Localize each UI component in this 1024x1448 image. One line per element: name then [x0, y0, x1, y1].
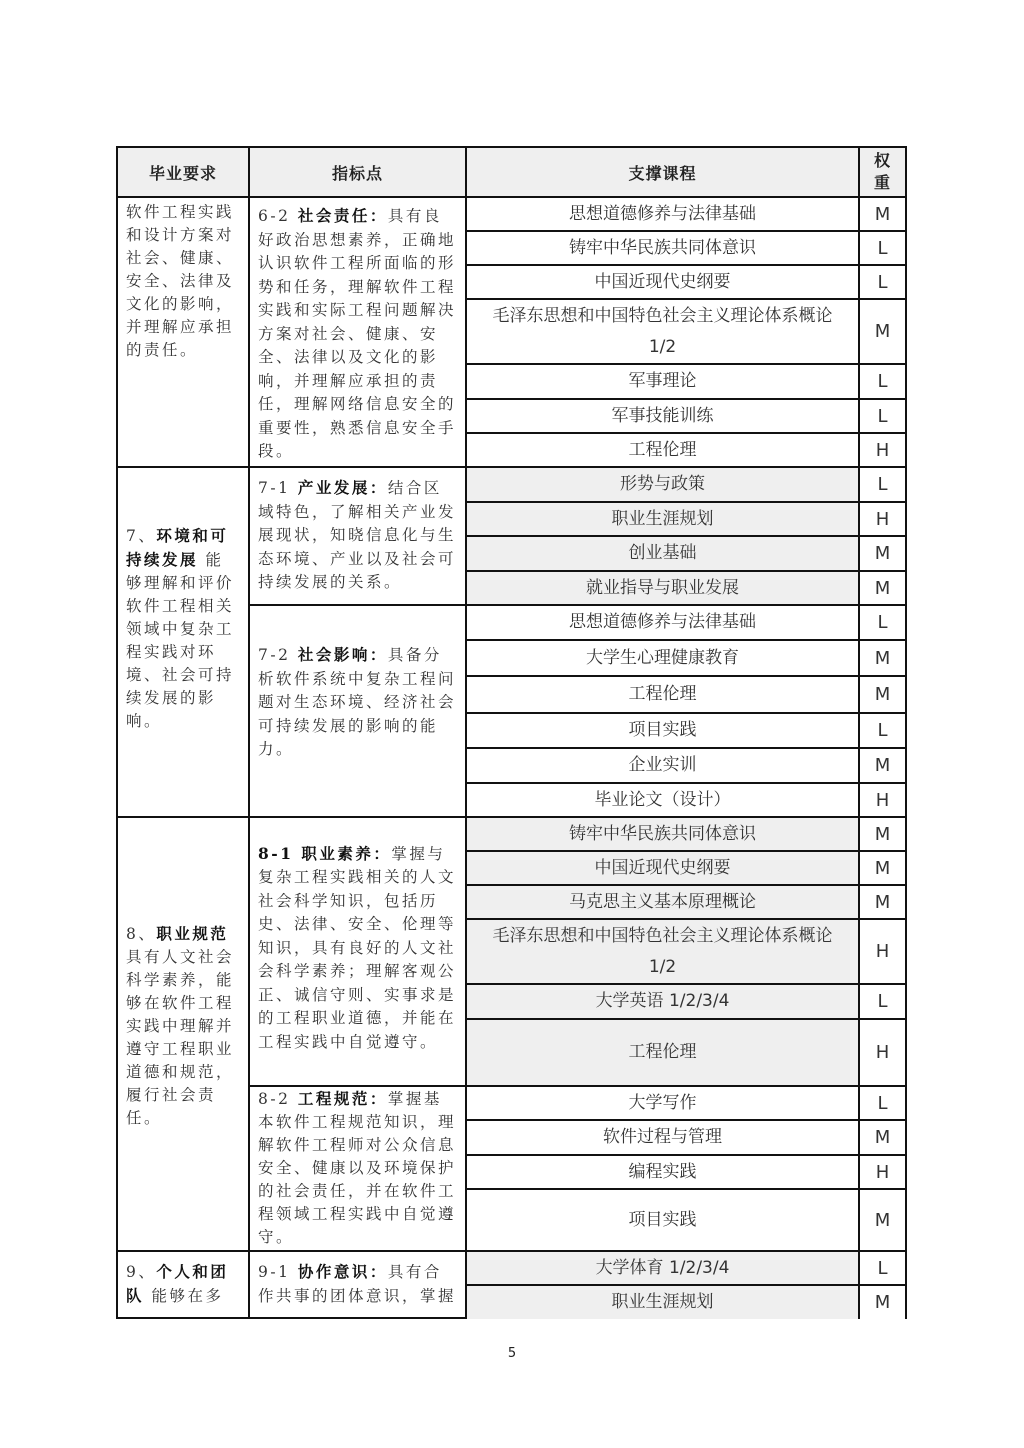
course-cell: 大学体育 1/2/3/4	[467, 1252, 860, 1286]
requirement-cell: 7、环境和可持续发展 能够理解和评价软件工程相关领域中复杂工程实践对环境、社会可…	[118, 468, 250, 818]
weight-cell: M	[860, 852, 905, 886]
course-cell: 项目实践	[467, 1190, 860, 1252]
course-cell: 铸牢中华民族共同体意识	[467, 818, 860, 852]
course-cell: 项目实践	[467, 714, 860, 749]
header-weight: 权重	[860, 148, 905, 198]
indicator-cell: 6-2 社会责任：具有良好政治思想素养，正确地认识软件工程所面临的形势和任务，理…	[250, 198, 467, 468]
weight-cell: M	[860, 1286, 905, 1319]
course-cell: 军事理论	[467, 365, 860, 400]
course-cell: 职业生涯规划	[467, 1286, 860, 1319]
indicator-title: 社会影响：	[298, 645, 388, 664]
course-cell: 思想道德修养与法律基础	[467, 198, 860, 232]
indicator-text: 掌握基本软件工程规范知识，理解软件工程师对公众信息安全、健康以及环境保护的社会责…	[258, 1090, 456, 1246]
weight-cell: L	[860, 468, 905, 503]
requirement-number: 8、	[126, 925, 156, 943]
indicator-code: 7-2	[258, 646, 298, 664]
course-cell: 工程伦理	[467, 1020, 860, 1087]
indicator-code: 7-1	[258, 479, 298, 497]
weight-cell: L	[860, 714, 905, 749]
indicator-title: 工程规范：	[298, 1089, 388, 1108]
page-number: 5	[0, 1346, 1024, 1361]
course-cell: 职业生涯规划	[467, 503, 860, 537]
course-cell: 企业实训	[467, 749, 860, 784]
weight-cell: L	[860, 1087, 905, 1121]
weight-cell: H	[860, 920, 905, 985]
course-cell: 大学写作	[467, 1087, 860, 1121]
indicator-cell: 9-1 协作意识：具有合作共事的团体意识，掌握	[250, 1252, 467, 1319]
course-cell: 工程伦理	[467, 677, 860, 714]
header-course: 支撑课程	[467, 148, 860, 198]
course-cell: 中国近现代史纲要	[467, 852, 860, 886]
indicator-code: 9-1	[258, 1263, 298, 1281]
course-cell: 就业指导与职业发展	[467, 572, 860, 606]
weight-cell: M	[860, 572, 905, 606]
course-cell: 大学英语 1/2/3/4	[467, 985, 860, 1020]
header-requirement: 毕业要求	[118, 148, 250, 198]
weight-cell: M	[860, 818, 905, 852]
weight-cell: H	[860, 1156, 905, 1190]
course-cell: 软件过程与管理	[467, 1121, 860, 1156]
weight-cell: M	[860, 677, 905, 714]
requirement-number: 7、	[126, 527, 156, 545]
requirement-cell: 9、个人和团队 能够在多	[118, 1252, 250, 1319]
requirement-text: 能够理解和评价软件工程相关领域中复杂工程实践对环境、社会可持续发展的影响。	[126, 551, 234, 730]
weight-cell: L	[860, 365, 905, 400]
course-cell: 军事技能训练	[467, 400, 860, 434]
weight-cell: M	[860, 1121, 905, 1156]
indicator-cell: 7-2 社会影响：具备分析软件系统中复杂工程问题对生态环境、经济社会可持续发展的…	[250, 606, 467, 818]
weight-cell: L	[860, 606, 905, 641]
weight-cell: M	[860, 198, 905, 232]
course-cell: 大学生心理健康教育	[467, 641, 860, 677]
header-indicator: 指标点	[250, 148, 467, 198]
course-cell: 编程实践	[467, 1156, 860, 1190]
graduation-requirements-table: 毕业要求 指标点 支撑课程 权重 软件工程实践和设计方案对社会、健康、安全、法律…	[116, 146, 907, 1319]
weight-cell: M	[860, 749, 905, 784]
weight-cell: L	[860, 400, 905, 434]
course-cell: 毕业论文（设计）	[467, 784, 860, 818]
indicator-title: 产业发展：	[298, 478, 388, 497]
requirement-cell: 8、职业规范具有人文社会科学素养，能够在软件工程实践中理解并遵守工程职业道德和规…	[118, 818, 250, 1252]
indicator-code: 8-1	[258, 844, 301, 863]
course-cell: 思想道德修养与法律基础	[467, 606, 860, 641]
weight-cell: H	[860, 784, 905, 818]
course-cell: 毛泽东思想和中国特色社会主义理论体系概论 1/2	[467, 920, 860, 985]
weight-cell: M	[860, 1190, 905, 1252]
indicator-title: 协作意识：	[298, 1262, 388, 1281]
course-cell: 铸牢中华民族共同体意识	[467, 232, 860, 266]
weight-cell: L	[860, 232, 905, 266]
weight-cell: M	[860, 537, 905, 572]
course-cell: 马克思主义基本原理概论	[467, 886, 860, 920]
indicator-text: 具有良好政治思想素养，正确地认识软件工程所面临的形势和任务，理解软件工程实践和实…	[258, 207, 456, 460]
weight-cell: M	[860, 300, 905, 365]
weight-cell: L	[860, 1252, 905, 1286]
course-cell: 创业基础	[467, 537, 860, 572]
indicator-cell: 8-1 职业素养：掌握与复杂工程实践相关的人文社会科学知识，包括历史、法律、安全…	[250, 818, 467, 1087]
indicator-title: 社会责任：	[298, 206, 388, 225]
weight-cell: H	[860, 434, 905, 468]
requirement-text: 能够在多	[144, 1287, 223, 1305]
indicator-cell: 7-1 产业发展：结合区域特色，了解相关产业发展现状，知晓信息化与生态环境、产业…	[250, 468, 467, 606]
course-cell: 工程伦理	[467, 434, 860, 468]
requirement-text: 软件工程实践和设计方案对社会、健康、安全、法律及文化的影响，并理解应承担的责任。	[126, 203, 234, 359]
weight-cell: L	[860, 266, 905, 300]
course-cell: 中国近现代史纲要	[467, 266, 860, 300]
weight-cell: M	[860, 641, 905, 677]
indicator-code: 6-2	[258, 207, 298, 225]
requirement-text: 具有人文社会科学素养，能够在软件工程实践中理解并遵守工程职业道德和规范，履行社会…	[126, 948, 234, 1127]
requirement-number: 9、	[126, 1263, 156, 1281]
weight-cell: H	[860, 503, 905, 537]
weight-cell: H	[860, 1020, 905, 1087]
indicator-title: 职业素养：	[301, 844, 391, 863]
course-cell: 毛泽东思想和中国特色社会主义理论体系概论 1/2	[467, 300, 860, 365]
indicator-text: 掌握与复杂工程实践相关的人文社会科学知识，包括历史、法律、安全、伦理等知识，具有…	[258, 845, 456, 1051]
weight-cell: M	[860, 886, 905, 920]
indicator-cell: 8-2 工程规范：掌握基本软件工程规范知识，理解软件工程师对公众信息安全、健康以…	[250, 1087, 467, 1252]
requirement-title: 职业规范	[156, 924, 228, 943]
course-cell: 形势与政策	[467, 468, 860, 503]
requirement-cell: 软件工程实践和设计方案对社会、健康、安全、法律及文化的影响，并理解应承担的责任。	[118, 198, 250, 468]
indicator-code: 8-2	[258, 1090, 298, 1108]
weight-cell: L	[860, 985, 905, 1020]
